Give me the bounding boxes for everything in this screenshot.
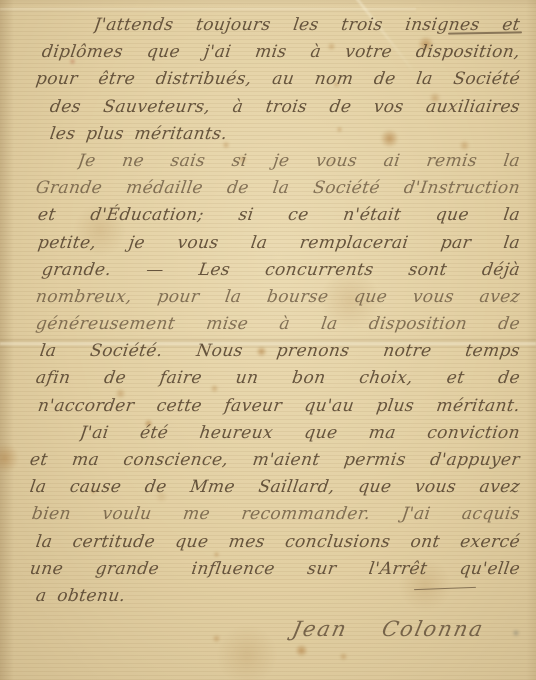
letter-body: J'attends toujours les trois insignes et… xyxy=(0,12,518,644)
letter-page: J'attends toujours les trois insignes et… xyxy=(0,0,536,680)
signature: Jean Colonna xyxy=(0,614,487,644)
foxing-stain xyxy=(339,652,348,661)
letter-line: afin de faire un bon choix, et de xyxy=(34,365,522,392)
letter-line: J'attends toujours les trois insignes et xyxy=(92,12,522,39)
letter-line: les plus méritants. xyxy=(48,121,522,148)
letter-line: n'accorder cette faveur qu'au plus mérit… xyxy=(36,393,522,420)
foxing-stain xyxy=(295,644,308,657)
letter-line: et ma conscience, m'aient permis d'appuy… xyxy=(28,447,522,474)
letter-line: des Sauveteurs, à trois de vos auxiliair… xyxy=(48,94,522,121)
letter-line: la certitude que mes conclusions ont exe… xyxy=(34,529,522,556)
letter-line: bien voulu me recommander. J'ai acquis xyxy=(30,501,522,528)
letter-line: la cause de Mme Saillard, que vous avez xyxy=(28,474,522,501)
letter-line: la Société. Nous prenons notre temps xyxy=(38,338,522,365)
letter-line: et d'Éducation; si ce n'était que la xyxy=(36,202,522,229)
letter-line: Grande médaille de la Société d'Instruct… xyxy=(34,175,522,202)
letter-line: généreusement mise à la disposition de xyxy=(34,311,522,338)
letter-line: a obtenu. xyxy=(34,583,522,610)
letter-line: petite, je vous la remplacerai par la xyxy=(36,230,522,257)
letter-line: Je ne sais si je vous ai remis la xyxy=(76,148,522,175)
letter-line: pour être distribués, au nom de la Socié… xyxy=(34,66,522,93)
letter-line: J'ai été heureux que ma conviction xyxy=(78,420,522,447)
letter-line: diplômes que j'ai mis à votre dispositio… xyxy=(40,39,522,66)
letter-line: grande. — Les concurrents sont déjà xyxy=(40,257,522,284)
letter-line: nombreux, pour la bourse que vous avez xyxy=(34,284,522,311)
letter-line: une grande influence sur l'Arrêt qu'elle xyxy=(28,556,522,583)
